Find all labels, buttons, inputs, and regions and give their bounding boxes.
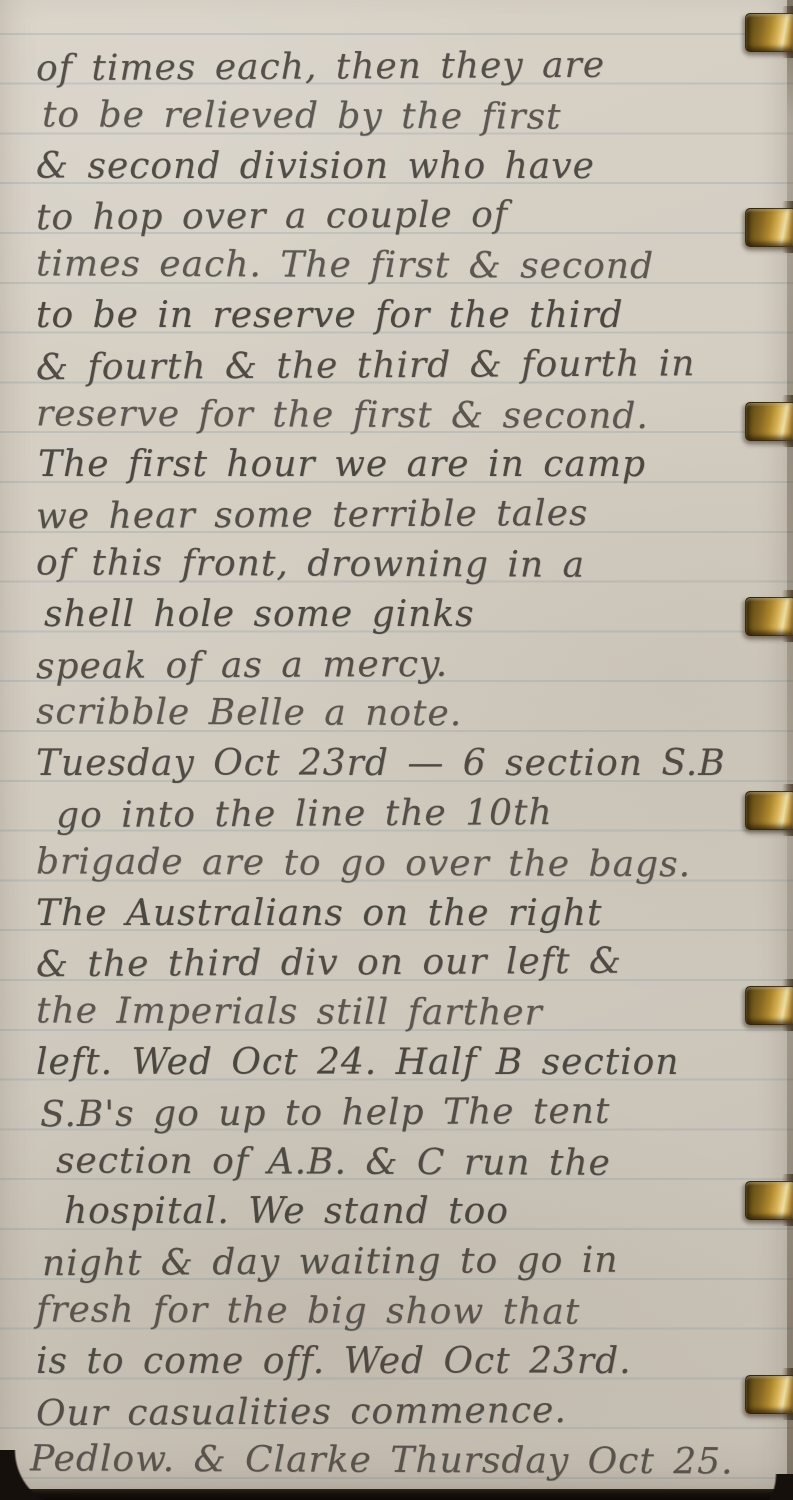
- handwriting-line: times each. The first & second: [36, 240, 781, 293]
- handwriting-line: & the third div on our left &: [36, 936, 781, 990]
- handwriting-line: Tuesday Oct 23rd — 6 section S.B: [36, 739, 781, 789]
- handwriting-line: to hop over a couple of: [36, 189, 781, 243]
- handwriting-block: of times each, then they areto be reliev…: [36, 42, 781, 1486]
- handwriting-line: left. Wed Oct 24. Half B section: [36, 1038, 781, 1088]
- handwriting-line: go into the line the 10th: [36, 787, 781, 841]
- handwriting-line: The Australians on the right: [36, 889, 781, 939]
- rounded-corner-bottom-right: [723, 1474, 793, 1500]
- handwriting-line: brigade are to go over the bags.: [36, 837, 781, 890]
- page-right-edge-shadow: [787, 0, 793, 1500]
- handwriting-line: we hear some terrible tales: [36, 488, 781, 542]
- handwriting-line: scribble Belle a note.: [36, 688, 781, 741]
- handwriting-line: & fourth & the third & fourth in: [36, 339, 781, 393]
- handwriting-line: of times each, then they are: [36, 40, 781, 94]
- handwriting-line: Our casualities commence.: [36, 1384, 781, 1438]
- page-bottom-edge: [0, 1489, 793, 1500]
- rounded-corner-bottom-left: [0, 1450, 74, 1500]
- handwriting-line: shell hole some ginks: [36, 590, 781, 640]
- diary-page: of times each, then they areto be reliev…: [0, 0, 793, 1500]
- handwriting-line: hospital. We stand too: [36, 1187, 781, 1237]
- handwriting-line: is to come off. Wed Oct 23rd.: [36, 1337, 781, 1387]
- handwriting-line: reserve for the first & second.: [36, 389, 781, 442]
- handwriting-line: of this front, drowning in a: [36, 538, 781, 591]
- handwriting-line: & second division who have: [36, 142, 781, 192]
- handwriting-line: Pedlow. & Clarke Thursday Oct 25.: [30, 1435, 781, 1488]
- handwriting-line: fresh for the big show that: [36, 1285, 781, 1338]
- handwriting-line: night & day waiting to go in: [36, 1235, 781, 1289]
- handwriting-line: section of A.B. & C run the: [36, 1136, 781, 1189]
- handwriting-line: to be relieved by the first: [36, 90, 781, 143]
- handwriting-line: the Imperials still farther: [36, 987, 781, 1040]
- handwriting-line: speak of as a mercy.: [36, 637, 781, 691]
- handwriting-line: S.B's go up to help The tent: [36, 1085, 781, 1139]
- handwriting-line: to be in reserve for the third: [36, 291, 781, 341]
- handwriting-line: The first hour we are in camp: [36, 440, 781, 490]
